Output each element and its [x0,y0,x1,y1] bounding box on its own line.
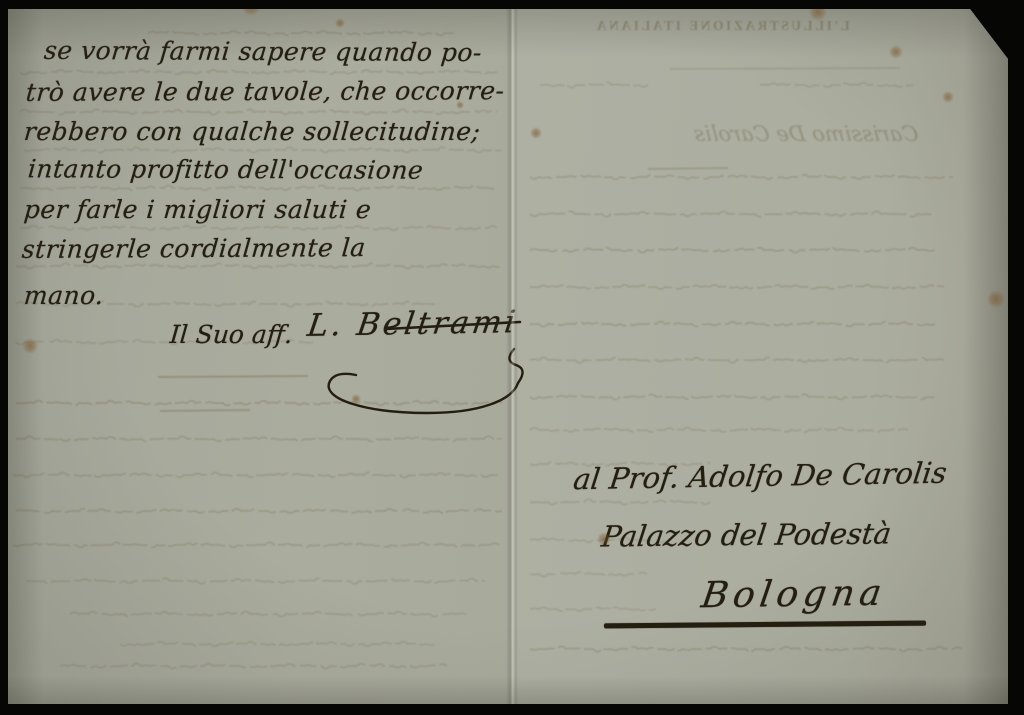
bleedthrough-salutation: Carissimo De Carolis [693,122,920,146]
letter-body-line: intanto profitto dell'occasione [27,154,425,184]
letter-body-line: se vorrà farmi sapere quando po- [43,36,484,67]
address-recipient: al Prof. Adolfo De Carolis [571,456,948,496]
letter-page-left [8,9,512,704]
letter-body-line: mano. [23,281,105,310]
letter-body-line: trò avere le due tavole, che occorre- [25,76,506,107]
letter-paper: L'ILLUSTRAZIONE ITALIANA Carissimo De Ca… [8,9,1008,704]
letter-closing: Il Suo aff. [169,320,294,349]
scanned-letter: L'ILLUSTRAZIONE ITALIANA Carissimo De Ca… [0,0,1024,715]
address-building: Palazzo del Podestà [600,516,894,553]
letter-body-line: per farle i migliori saluti e [23,195,373,224]
signature: L. Beltrami [305,304,520,344]
bleedthrough-letterhead: L'ILLUSTRAZIONE ITALIANA [583,18,861,34]
address-city: Bologna [699,573,889,617]
letter-body-line: stringerle cordialmente la [21,233,367,264]
letter-body-line: rebbero con qualche sollecitudine; [23,117,482,146]
center-fold-crease [506,9,518,704]
